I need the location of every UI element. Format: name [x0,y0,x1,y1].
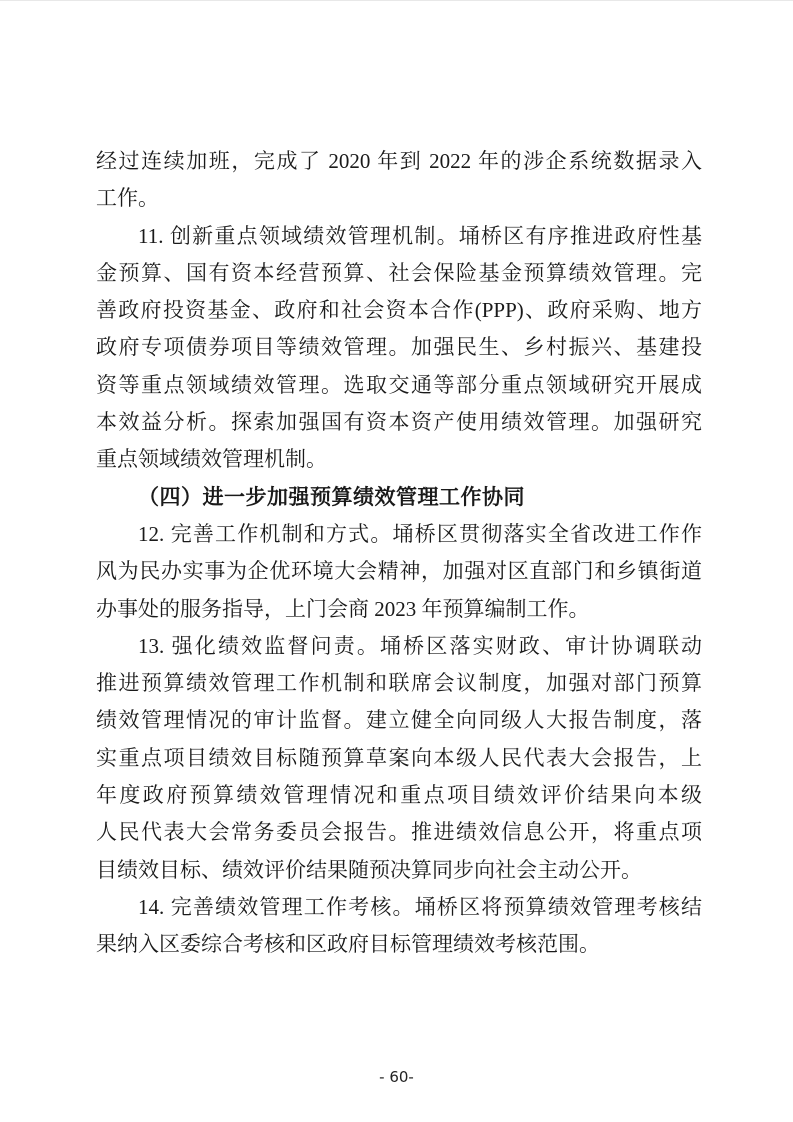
text-line: 本效益分析。探索加强国有资本资产使用绩效管理。加强研究 [96,404,702,441]
text-line: 年度政府预算绩效管理情况和重点项目绩效评价结果向本级 [96,777,702,814]
text-line: （四）进一步加强预算绩效管理工作协同 [96,479,702,516]
paragraph: 13. 强化绩效监督问责。埇桥区落实财政、审计协调联动推进预算绩效管理工作机制和… [96,628,702,889]
section-heading: （四）进一步加强预算绩效管理工作协同 [96,479,702,516]
text-line: 政府专项债券项目等绩效管理。加强民生、乡村振兴、基建投 [96,329,702,366]
text-line: 绩效管理情况的审计监督。建立健全向同级人大报告制度，落 [96,702,702,739]
text-line: 推进预算绩效管理工作机制和联席会议制度，加强对部门预算 [96,665,702,702]
text-line: 目绩效目标、绩效评价结果随预决算同步向社会主动公开。 [96,852,702,889]
text-line: 工作。 [96,180,702,217]
page-footer: - 60- [0,1067,793,1087]
text-line: 14. 完善绩效管理工作考核。埇桥区将预算绩效管理考核结 [96,889,702,926]
text-line: 实重点项目绩效目标随预算草案向本级人民代表大会报告，上 [96,740,702,777]
paragraph: 12. 完善工作机制和方式。埇桥区贯彻落实全省改进工作作风为民办实事为企优环境大… [96,516,702,628]
text-line: 经过连续加班，完成了 2020 年到 2022 年的涉企系统数据录入 [96,143,702,180]
paragraph: 11. 创新重点领域绩效管理机制。埇桥区有序推进政府性基金预算、国有资本经营预算… [96,218,702,479]
text-line: 善政府投资基金、政府和社会资本合作(PPP)、政府采购、地方 [96,292,702,329]
text-line: 资等重点领域绩效管理。选取交通等部分重点领域研究开展成 [96,367,702,404]
text-line: 金预算、国有资本经营预算、社会保险基金预算绩效管理。完 [96,255,702,292]
text-line: 办事处的服务指导，上门会商 2023 年预算编制工作。 [96,591,702,628]
page-number: - 60- [379,1068,414,1086]
text-line: 12. 完善工作机制和方式。埇桥区贯彻落实全省改进工作作 [96,516,702,553]
paragraph: 经过连续加班，完成了 2020 年到 2022 年的涉企系统数据录入工作。 [96,143,702,218]
document-page: 经过连续加班，完成了 2020 年到 2022 年的涉企系统数据录入工作。11.… [0,0,793,1122]
text-line: 11. 创新重点领域绩效管理机制。埇桥区有序推进政府性基 [96,218,702,255]
paragraph: 14. 完善绩效管理工作考核。埇桥区将预算绩效管理考核结果纳入区委综合考核和区政… [96,889,702,964]
text-line: 13. 强化绩效监督问责。埇桥区落实财政、审计协调联动 [96,628,702,665]
text-line: 重点领域绩效管理机制。 [96,441,702,478]
text-line: 人民代表大会常务委员会报告。推进绩效信息公开，将重点项 [96,814,702,851]
text-line: 果纳入区委综合考核和区政府目标管理绩效考核范围。 [96,926,702,963]
text-line: 风为民办实事为企优环境大会精神，加强对区直部门和乡镇街道 [96,553,702,590]
document-body: 经过连续加班，完成了 2020 年到 2022 年的涉企系统数据录入工作。11.… [96,143,702,964]
